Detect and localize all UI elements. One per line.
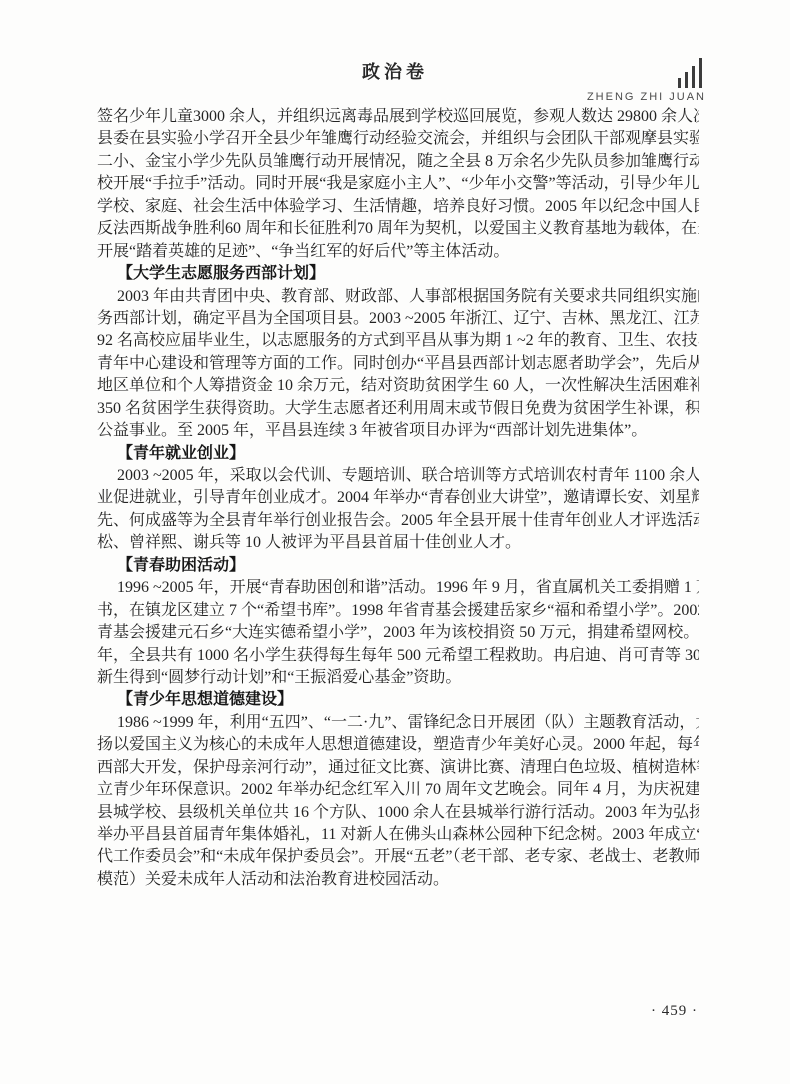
text-line: 松、曾祥熙、谢兵等 10 人被评为平昌县首届十佳创业人才。: [97, 532, 699, 554]
text-line: 2003 年由共青团中央、教育部、财政部、人事部根据国务院有关要求共同组织实施的…: [97, 286, 699, 308]
text-line: 1996 ~2005 年，开展“青春助困创和谐”活动。1996 年 9 月，省直…: [97, 577, 699, 599]
book-page: 政治卷 ZHENG ZHI JUAN 签名少年儿童3000 余人，并组织远离毒品…: [0, 0, 790, 1084]
text-line: 青基会援建元石乡“大连实德希望小学”，2003 年为该校捐资 50 万元，捐建希…: [97, 622, 699, 644]
text-line: 县城学校、县级机关单位共 16 个方队、1000 余人在县城举行游行活动。200…: [97, 802, 699, 824]
volume-logo-text: ZHENG ZHI JUAN: [587, 91, 706, 103]
text-line: 青年中心建设和管理等方面的工作。同时创办“平昌县西部计划志愿者助学会”，先后从东…: [97, 353, 699, 375]
text-line: 签名少年儿童3000 余人，并组织远离毒品展到学校巡回展览，参观人数达 2980…: [97, 106, 699, 128]
text-line: 代工作委员会”和“未成年保护委员会”。开展“五老”（老干部、老专家、老战士、老教…: [97, 846, 699, 868]
text-line: 模范）关爱未成年人活动和法治教育进校园活动。: [97, 869, 699, 891]
text-line: 扬以爱国主义为核心的未成年人思想道德建设，塑造青少年美好心灵。2000 年起，每…: [97, 734, 699, 756]
text-line: 地区单位和个人筹措资金 10 余万元，结对资助贫困学生 60 人，一次性解决生活…: [97, 375, 699, 397]
text-line: 县委在县实验小学召开全县少年雏鹰行动经验交流会，并组织与会团队干部观摩县实验小学…: [97, 128, 699, 150]
text-line: 西部大开发，保护母亲河行动”，通过征文比赛、演讲比赛、清理白色垃圾、植树造林等活…: [97, 757, 699, 779]
text-line: 举办平昌县首届青年集体婚礼，11 对新人在佛头山森林公园种下纪念树。2003 年…: [97, 824, 699, 846]
text-line: 业促进就业，引导青年创业成才。2004 年举办“青春创业大讲堂”，邀请谭长安、刘…: [97, 487, 699, 509]
volume-logo: ZHENG ZHI JUAN: [587, 44, 706, 103]
text-line: 学校、家庭、社会生活中体验学习、生活情趣，培养良好习惯。2005 年以纪念中国人…: [97, 196, 699, 218]
section-heading: 【大学生志愿服务西部计划】: [97, 263, 699, 285]
text-line: 92 名高校应届毕业生，以志愿服务的方式到平昌从事为期 1 ~2 年的教育、卫生…: [97, 330, 699, 352]
text-line: 2003 ~2005 年，采取以会代训、专题培训、联合培训等方式培训农村青年 1…: [97, 465, 699, 487]
section-heading: 【青年就业创业】: [97, 443, 699, 465]
section-heading: 【青少年思想道德建设】: [97, 689, 699, 711]
text-line: 350 名贫困学生获得资助。大学生志愿者还利用周末或节假日免费为贫困学生补课，积…: [97, 398, 699, 420]
text-line: 书，在镇龙区建立 7 个“希望书库”。1998 年省青基会援建岳家乡“福和希望小…: [97, 600, 699, 622]
text-line: 先、何成盛等为全县青年举行创业报告会。2005 年全县开展十佳青年创业人才评选活…: [97, 510, 699, 532]
page-number: · 459 ·: [651, 1003, 698, 1020]
section-heading: 【青春助困活动】: [97, 555, 699, 577]
text-line: 年，全县共有 1000 名小学生获得每生每年 500 元希望工程救助。冉启迪、肖…: [97, 645, 699, 667]
bar-chart-icon: [587, 44, 702, 88]
text-line: 二小、金宝小学少先队员雏鹰行动开展情况，随之全县 8 万余名少先队员参加雏鹰行动…: [97, 151, 699, 173]
text-line: 立青少年环保意识。2002 年举办纪念红军入川 70 周年文艺晚会。同年 4 月…: [97, 779, 699, 801]
text-line: 反法西斯战争胜利60 周年和长征胜利70 周年为契机，以爱国主义教育基地为载体，…: [97, 218, 699, 240]
text-line: 公益事业。至 2005 年，平昌县连续 3 年被省项目办评为“西部计划先进集体”…: [97, 420, 699, 442]
text-line: 1986 ~1999 年，利用“五四”、“一二·九”、雷锋纪念日开展团（队）主题…: [97, 712, 699, 734]
text-line: 务西部计划，确定平昌为全国项目县。2003 ~2005 年浙江、辽宁、吉林、黑龙…: [97, 308, 699, 330]
text-line: 新生得到“圆梦行动计划”和“王振滔爱心基金”资助。: [97, 667, 699, 689]
text-line: 校开展“手拉手”活动。同时开展“我是家庭小主人”、“少年小交警”等活动，引导少年…: [97, 173, 699, 195]
body-text: 签名少年儿童3000 余人，并组织远离毒品展到学校巡回展览，参观人数达 2980…: [97, 106, 699, 891]
text-line: 开展“踏着英雄的足迹”、“争当红军的好后代”等主体活动。: [97, 241, 699, 263]
